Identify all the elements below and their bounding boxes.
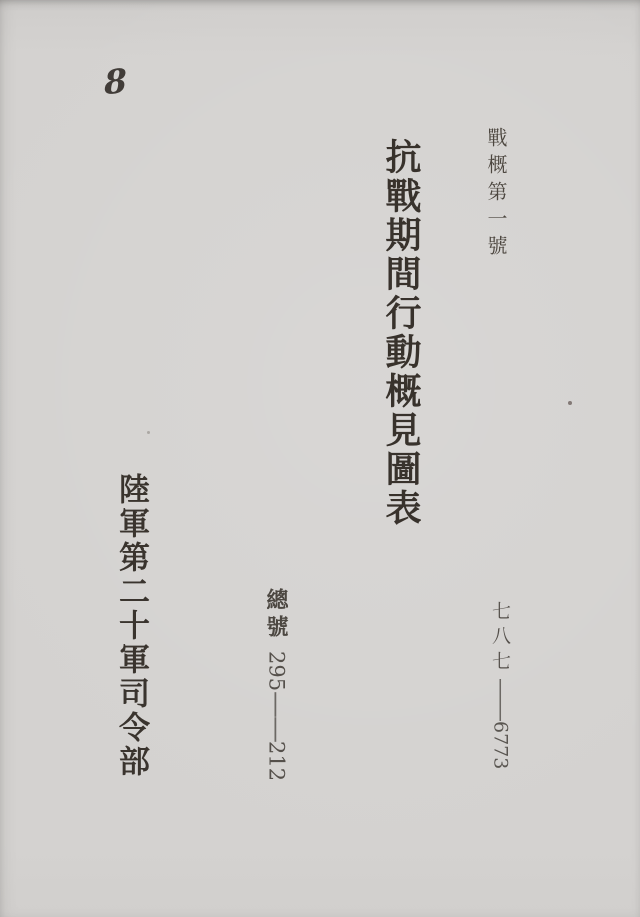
catalog-right-prefix: 七八七 xyxy=(487,601,514,676)
series-label: 戰概第一號 xyxy=(482,127,511,262)
catalog-middle-number-first: 295 xyxy=(265,651,289,691)
catalog-number-middle-column: 總號 295 —— 212 xyxy=(261,588,292,781)
catalog-right-dash: —— xyxy=(489,678,512,720)
paper-speck-small xyxy=(147,431,150,434)
organization-name: 陸軍第二十軍司令部 xyxy=(109,473,154,779)
scanned-document-page: 8 戰概第一號 抗戰期間行動概見圖表 陸軍第二十軍司令部 七八七 —— 6773… xyxy=(0,0,640,917)
catalog-number-right-column: 七八七 —— 6773 xyxy=(487,601,514,769)
catalog-middle-label: 總號 xyxy=(261,588,292,642)
catalog-right-number: 6773 xyxy=(490,721,512,769)
catalog-middle-number-second: 212 xyxy=(265,741,289,781)
series-label-column: 戰概第一號 xyxy=(482,127,511,262)
main-title: 抗戰期間行動概見圖表 xyxy=(376,138,427,528)
paper-speck xyxy=(568,401,572,405)
catalog-middle-dash: —— xyxy=(263,691,290,741)
handwritten-page-number: 8 xyxy=(103,61,127,102)
organization-column: 陸軍第二十軍司令部 xyxy=(109,473,154,779)
main-title-column: 抗戰期間行動概見圖表 xyxy=(376,138,427,528)
